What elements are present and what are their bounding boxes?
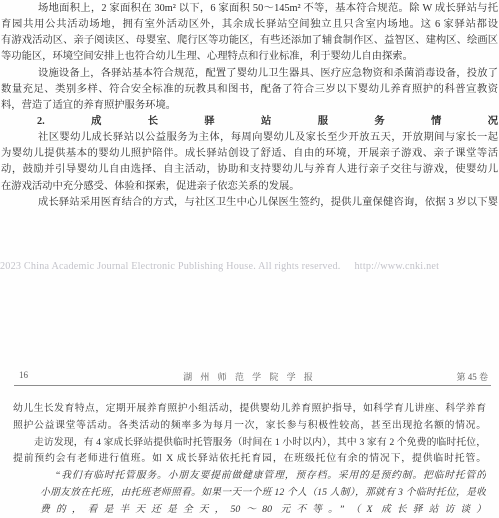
body-line: 为婴幼儿提供基本的婴幼儿照护陪伴。成长驿站创设了舒适、自由的环境，开展亲子游戏、… [1,146,498,162]
body-line: 提前预约会有老师进行值班。如 X 成长驿站依托托育园，在班级托位有余的情况下，提… [13,451,486,468]
body-line: 社区婴幼儿成长驿站以公益服务为主体，每周向婴幼儿及家长至少开放五天，开放期间与家… [1,130,498,146]
body-line: 等功能区，环境空间安排上也符合幼儿生理、心理特点和行业标准，利于婴幼儿自由探索。 [1,49,498,65]
interview-quote-line: “我们有临时托管服务。小朋友要提前做健康管理，预存档。采用的是预约制。把临时托管… [40,468,486,485]
body-line: 数量充足、类别多样、符合安全标准的玩教具和图书，配备了符合三岁以下婴幼儿养育照护… [1,82,498,98]
cnki-watermark: 2023 China Academic Journal Electronic P… [0,261,460,273]
page-header: 16 湖 州 师 范 学 院 学 报 第 45 卷 [0,370,499,383]
body-line: 场地面积上，2 家面积在 30m² 以下，6 家面积 50～145m² 不等，基… [1,1,498,17]
body-line: 在游戏活动中充分感受、体验和探索，促进亲子依恋关系的发展。 [1,179,498,195]
body-line: 料，营造了适宜的养育照护服务环境。 [1,98,498,114]
cnki-url: http://www.cnki.net [355,261,440,272]
scanned-journal-page: 场地面积上，2 家面积在 30m² 以下，6 家面积 50～145m² 不等，基… [0,0,499,518]
interview-quote-line: 费的，看是半天还是全天，50～80 元不等。”（X 成长驿站访谈） [40,502,486,518]
body-line: 动，鼓励并引导婴幼儿自由选择、自主活动，协助和支持婴幼儿与养育人进行亲子交往与游… [1,162,498,178]
watermark-text: 2023 China Academic Journal Electronic P… [0,261,341,272]
body-line: 育园共用公共活动场地，拥有室外活动区外，其余成长驿站空间独立且只含室内场地。这 … [1,17,498,33]
volume-label: 第 45 卷 [456,370,488,383]
page-bottom-fragment: 幼儿生长发育特点，定期开展养育照护小组活动，提供婴幼儿养育照护指导，如科学育儿讲… [13,401,486,518]
body-line: 有游戏活动区、亲子阅读区、母婴室、爬行区等功能区，有些还添加了辅食制作区、益智区… [1,33,498,49]
header-rule [14,385,491,386]
body-line: 成长驿站采用医育结合的方式，与社区卫生中心儿保医生签约，提供儿童保健咨询，依据 … [1,195,498,211]
body-line: 设施设备上，各驿站基本符合规范，配置了婴幼儿卫生器具、医疗应急物资和杀菌消毒设备… [1,66,498,82]
journal-title: 湖 州 师 范 学 院 学 报 [0,370,499,383]
interview-quote-line: 小朋友放在托班，由托班老师照看。如果一天一个班 12 个人（15 人制），那就有… [40,485,486,502]
body-line: 照护公益课堂等活动。各类活动的频率多为每月一次，家长参与积极性较高，甚至出现抢名… [13,418,486,435]
page-top-fragment: 场地面积上，2 家面积在 30m² 以下，6 家面积 50～145m² 不等，基… [1,1,498,211]
body-line: 走访发现，有 4 家成长驿站提供临时托管服务（时间在 1 小时以内），其中 3 … [13,435,486,452]
body-line: 幼儿生长发育特点，定期开展养育照护小组活动，提供婴幼儿养育照护指导，如科学育儿讲… [13,401,486,418]
section-heading: 2.成长驿站服务情况 [1,114,498,130]
